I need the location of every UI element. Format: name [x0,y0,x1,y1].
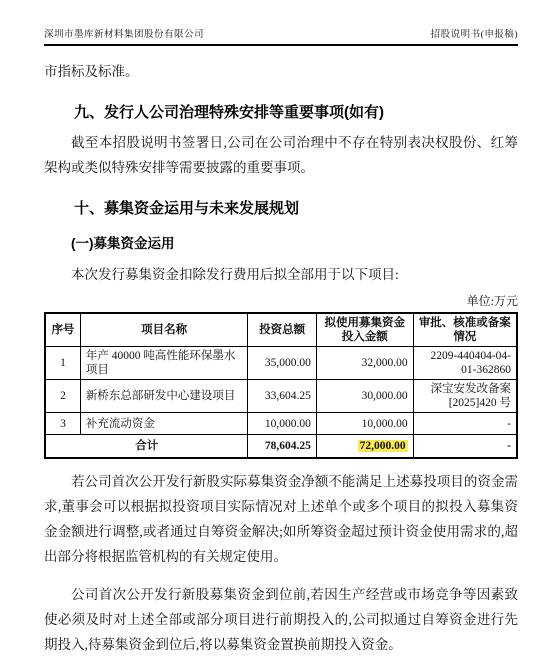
company-name: 深圳市墨库新材料集团股份有限公司 [44,26,204,40]
fund-use-intro: 本次发行募集资金扣除发行费用后拟全部用于以下项目: [44,262,518,287]
fund-use-table: 序号 项目名称 投资总额 拟使用募集资金投入金额 审批、核准或备案情况 1 年产… [44,312,518,459]
total-raised-cell: 72,000.00 [316,435,413,458]
investment-total: 10,000.00 [248,413,316,435]
header-total: 投资总额 [248,313,316,347]
total-investment: 78,604.25 [248,435,316,458]
project-name: 年产 40000 吨高性能环保墨水项目 [80,347,248,380]
row-no: 3 [45,413,80,435]
paragraph-prefunding: 公司首次公开发行新股募集资金到位前,若因生产经营或市场竞争等因素致使必须及时对上… [44,582,518,656]
raised-amount: 30,000.00 [316,380,413,413]
document-type: 招股说明书(申报稿) [431,26,518,40]
row-no: 2 [45,380,80,413]
investment-total: 33,604.25 [248,380,316,413]
section-10-heading: 十、募集资金运用与未来发展规划 [44,197,518,218]
total-approval: - [413,435,517,458]
prospectus-page: 深圳市墨库新材料集团股份有限公司 招股说明书(申报稿) 市指标及标准。 九、发行… [0,0,550,656]
header-approval: 审批、核准或备案情况 [413,313,517,347]
total-label: 合计 [45,435,248,458]
table-header-row: 序号 项目名称 投资总额 拟使用募集资金投入金额 审批、核准或备案情况 [45,313,517,347]
investment-total: 35,000.00 [248,347,316,380]
unit-note: 单位:万元 [44,292,518,309]
table-row: 3 补充流动资金 10,000.00 10,000.00 - [45,413,517,435]
header-no: 序号 [45,313,80,347]
project-name: 新桥东总部研发中心建设项目 [80,380,248,413]
approval-status: - [413,413,517,435]
header-raised: 拟使用募集资金投入金额 [316,313,413,347]
raised-amount: 10,000.00 [316,413,413,435]
section-9-heading: 九、发行人公司治理特殊安排等重要事项(如有) [44,101,518,122]
section-9-paragraph: 截至本招股说明书签署日,公司在公司治理中不存在特别表决权股份、红筹架构或类似特殊… [44,130,518,180]
raised-amount: 32,000.00 [316,347,413,380]
highlighted-total-raised: 72,000.00 [358,440,408,452]
project-name: 补充流动资金 [80,413,248,435]
carryover-text: 市指标及标准。 [44,59,518,84]
header-name: 项目名称 [80,313,248,347]
table-row: 1 年产 40000 吨高性能环保墨水项目 35,000.00 32,000.0… [45,347,517,380]
approval-status: 2209-440404-04-01-362860 [413,347,517,380]
row-no: 1 [45,347,80,380]
section-10-sub1-heading: (一)募集资金运用 [44,232,518,252]
approval-status: 深宝安发改备案[2025]420 号 [413,380,517,413]
table-total-row: 合计 78,604.25 72,000.00 - [45,435,517,458]
paragraph-adjustment: 若公司首次公开发行新股实际募集资金净额不能满足上述募投项目的资金需求,董事会可以… [44,469,518,569]
table-row: 2 新桥东总部研发中心建设项目 33,604.25 30,000.00 深宝安发… [45,380,517,413]
running-header: 深圳市墨库新材料集团股份有限公司 招股说明书(申报稿) [44,26,518,46]
